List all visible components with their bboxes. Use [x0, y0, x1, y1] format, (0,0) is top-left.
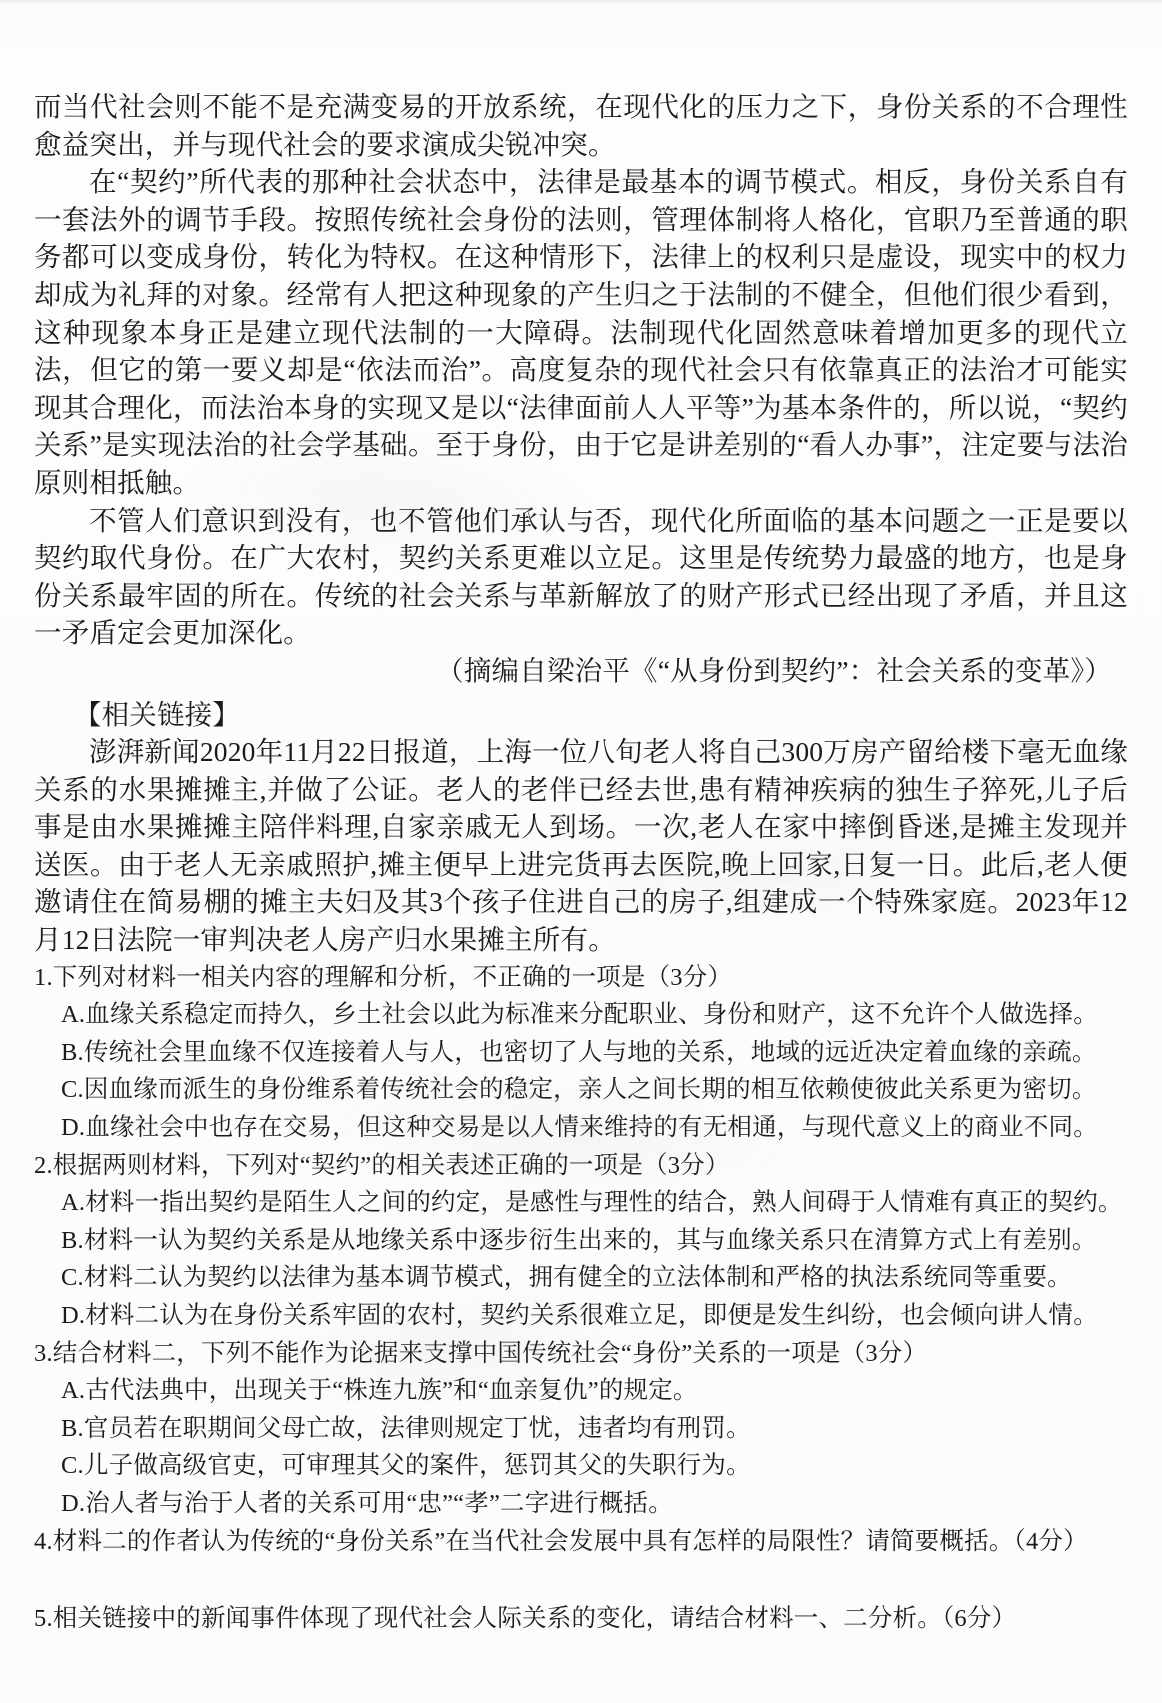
question-1-option-b: B.传统社会里血缘不仅连接着人与人，也密切了人与地的关系，地域的远近决定着血缘的…	[61, 1034, 1128, 1072]
question-2-option-a: A.材料一指出契约是陌生人之间的约定，是感性与理性的结合，熟人间碍于人情难有真正…	[61, 1184, 1128, 1222]
question-number: 5.	[34, 1605, 53, 1632]
question-2: 2.根据两则材料，下列对“契约”的相关表述正确的一项是（3分） A.材料一指出契…	[34, 1147, 1128, 1335]
option-text: 因血缘而派生的身份维系着传统社会的稳定，亲人之间长期的相互依赖使彼此关系更为密切…	[84, 1076, 1097, 1103]
option-text: 材料二认为在身份关系牢固的农村，契约关系很难立足，即便是发生纠纷，也会倾向讲人情…	[85, 1302, 1098, 1329]
question-4: 4.材料二的作者认为传统的“身份关系”在当代社会发展中具有怎样的局限性？请简要概…	[34, 1523, 1128, 1561]
material-paragraph: 在“契约”所代表的那种社会状态中，法律是最基本的调节模式。相反，身份关系自有一套…	[34, 163, 1128, 501]
question-number: 4.	[34, 1528, 53, 1555]
question-1-option-d: D.血缘社会中也存在交易，但这种交易是以人情来维持的有无相通，与现代意义上的商业…	[61, 1109, 1128, 1147]
question-2-option-b: B.材料一认为契约关系是从地缘关系中逐步衍生出来的，其与血缘关系只在清算方式上有…	[61, 1222, 1128, 1260]
option-text: 古代法典中，出现关于“株连九族”和“血亲复仇”的规定。	[85, 1377, 697, 1404]
option-label: B.	[61, 1227, 84, 1254]
option-label: B.	[61, 1039, 84, 1066]
question-1-option-c: C.因血缘而派生的身份维系着传统社会的稳定，亲人之间长期的相互依赖使彼此关系更为…	[61, 1071, 1128, 1109]
material-paragraph: 不管人们意识到没有，也不管他们承认与否，现代化所面临的基本问题之一正是要以契约取…	[34, 502, 1128, 652]
question-3-option-b: B.官员若在职期间父母亡故，法律则规定丁忧，违者均有刑罚。	[61, 1410, 1128, 1448]
option-label: C.	[61, 1264, 84, 1291]
option-text: 血缘社会中也存在交易，但这种交易是以人情来维持的有无相通，与现代意义上的商业不同…	[85, 1114, 1098, 1141]
option-label: A.	[61, 1377, 85, 1404]
question-1-option-a: A.血缘关系稳定而持久，乡土社会以此为标准来分配职业、身份和财产，这不允许个人做…	[61, 996, 1128, 1034]
question-3: 3.结合材料二，下列不能作为论据来支撑中国传统社会“身份”关系的一项是（3分） …	[34, 1335, 1128, 1523]
related-link-heading: 【相关链接】	[34, 696, 1128, 734]
question-3-stem: 3.结合材料二，下列不能作为论据来支撑中国传统社会“身份”关系的一项是（3分）	[34, 1335, 1128, 1373]
option-text: 治人者与治于人者的关系可用“忠”“孝”二字进行概括。	[85, 1490, 673, 1517]
option-label: C.	[61, 1076, 84, 1103]
option-text: 儿子做高级官吏，可审理其父的案件，惩罚其父的失职行为。	[84, 1452, 751, 1479]
option-label: A.	[61, 1189, 85, 1216]
question-1-stem: 1.下列对材料一相关内容的理解和分析，不正确的一项是（3分）	[34, 959, 1128, 997]
question-number: 2.	[34, 1152, 53, 1179]
question-5-stem: 5.相关链接中的新闻事件体现了现代社会人际关系的变化，请结合材料一、二分析。（6…	[34, 1600, 1128, 1638]
option-label: D.	[61, 1114, 85, 1141]
question-2-stem: 2.根据两则材料，下列对“契约”的相关表述正确的一项是（3分）	[34, 1147, 1128, 1185]
option-text: 血缘关系稳定而持久，乡土社会以此为标准来分配职业、身份和财产，这不允许个人做选择…	[85, 1001, 1098, 1028]
option-text: 传统社会里血缘不仅连接着人与人，也密切了人与地的关系，地域的远近决定着血缘的亲疏…	[84, 1039, 1097, 1066]
option-label: B.	[61, 1415, 84, 1442]
exam-page: 而当代社会则不能不是充满变易的开放系统，在现代化的压力之下，身份关系的不合理性愈…	[0, 0, 1162, 1703]
questions-section: 1.下列对材料一相关内容的理解和分析，不正确的一项是（3分） A.血缘关系稳定而…	[34, 959, 1128, 1638]
question-3-option-d: D.治人者与治于人者的关系可用“忠”“孝”二字进行概括。	[61, 1485, 1128, 1523]
option-text: 材料一认为契约关系是从地缘关系中逐步衍生出来的，其与血缘关系只在清算方式上有差别…	[84, 1227, 1097, 1254]
source-citation: （摘编自梁治平《“从身份到契约”：社会关系的变革》）	[34, 652, 1128, 690]
reading-material: 而当代社会则不能不是充满变易的开放系统，在现代化的压力之下，身份关系的不合理性愈…	[34, 0, 1128, 959]
question-3-option-a: A.古代法典中，出现关于“株连九族”和“血亲复仇”的规定。	[61, 1372, 1128, 1410]
option-label: D.	[61, 1302, 85, 1329]
question-text: 根据两则材料，下列对“契约”的相关表述正确的一项是（3分）	[53, 1152, 730, 1179]
question-number: 3.	[34, 1340, 53, 1367]
option-label: D.	[61, 1490, 85, 1517]
question-2-option-d: D.材料二认为在身份关系牢固的农村，契约关系很难立足，即便是发生纠纷，也会倾向讲…	[61, 1297, 1128, 1335]
question-number: 1.	[34, 964, 53, 991]
option-text: 材料一指出契约是陌生人之间的约定，是感性与理性的结合，熟人间碍于人情难有真正的契…	[85, 1189, 1122, 1216]
option-label: A.	[61, 1001, 85, 1028]
question-2-option-c: C.材料二认为契约以法律为基本调节模式，拥有健全的立法体制和严格的执法系统同等重…	[61, 1259, 1128, 1297]
question-text: 下列对材料一相关内容的理解和分析，不正确的一项是（3分）	[53, 964, 732, 991]
question-4-stem: 4.材料二的作者认为传统的“身份关系”在当代社会发展中具有怎样的局限性？请简要概…	[34, 1523, 1128, 1561]
option-text: 官员若在职期间父母亡故，法律则规定丁忧，违者均有刑罚。	[84, 1415, 751, 1442]
question-text: 材料二的作者认为传统的“身份关系”在当代社会发展中具有怎样的局限性？请简要概括。…	[53, 1528, 1088, 1555]
question-text: 相关链接中的新闻事件体现了现代社会人际关系的变化，请结合材料一、二分析。（6分）	[53, 1605, 1017, 1632]
material-paragraph-continuation: 而当代社会则不能不是充满变易的开放系统，在现代化的压力之下，身份关系的不合理性愈…	[34, 88, 1128, 163]
question-text: 结合材料二，下列不能作为论据来支撑中国传统社会“身份”关系的一项是（3分）	[53, 1340, 927, 1367]
option-label: C.	[61, 1452, 84, 1479]
question-1: 1.下列对材料一相关内容的理解和分析，不正确的一项是（3分） A.血缘关系稳定而…	[34, 959, 1128, 1147]
option-text: 材料二认为契约以法律为基本调节模式，拥有健全的立法体制和严格的执法系统同等重要。	[84, 1264, 1072, 1291]
question-3-option-c: C.儿子做高级官吏，可审理其父的案件，惩罚其父的失职行为。	[61, 1447, 1128, 1485]
related-link-paragraph: 澎湃新闻2020年11月22日报道，上海一位八旬老人将自己300万房产留给楼下毫…	[34, 733, 1128, 959]
question-5: 5.相关链接中的新闻事件体现了现代社会人际关系的变化，请结合材料一、二分析。（6…	[34, 1600, 1128, 1638]
